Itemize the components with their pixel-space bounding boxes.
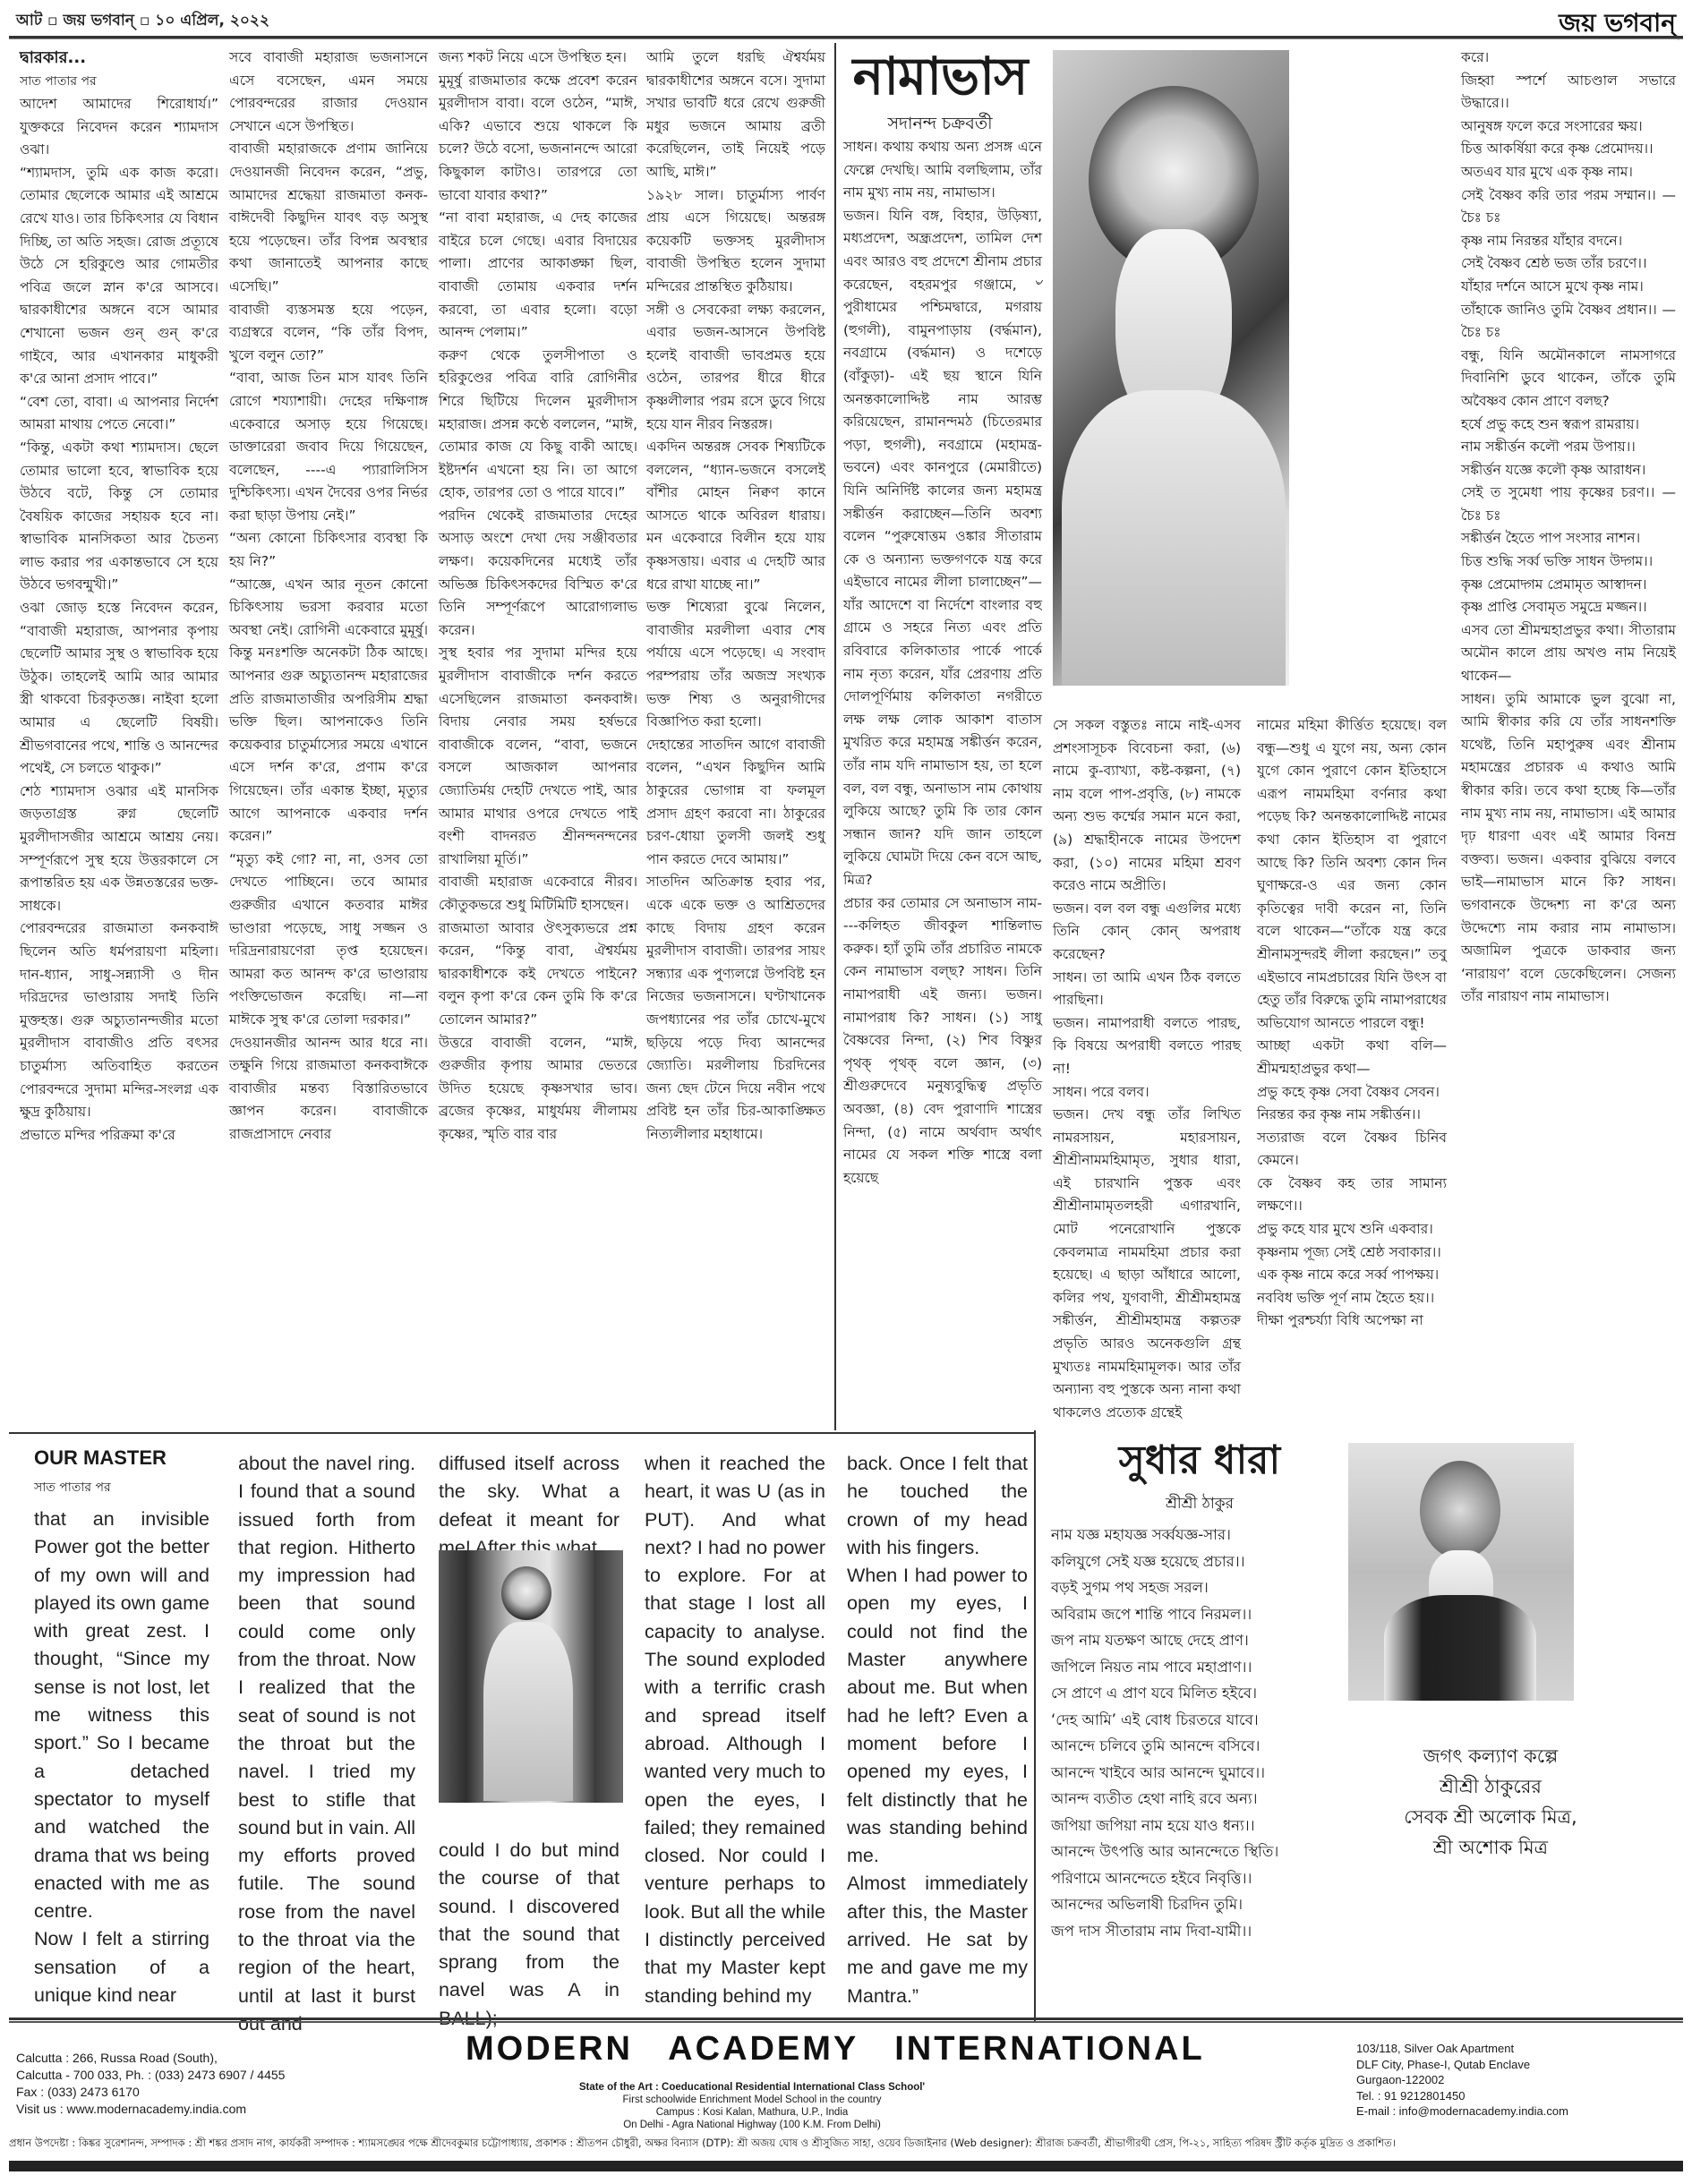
poem-line: আনন্দে চলিবে তুমি আনন্দে বসিবে। [1051,1733,1346,1760]
verse-line: নিরন্তর কর কৃষ্ণ নাম সঙ্কীর্ত্তন।। [1257,1104,1447,1127]
namabhas-column-4: করে। জিহ্বা স্পর্শে আচণ্ডাল সভারে উদ্ধার… [1461,47,1676,1009]
master-seated-photo [439,1550,623,1803]
verse-line: তাঁহাকে জানিও তুমি বৈষ্ণব প্রধান।। — চৈঃ… [1461,299,1676,345]
dwarka-kicker: দ্বারকার... [20,47,218,70]
paragraph: “বাবা, আজ তিন মাস যাবৎ তিনি রোগে শয্যাশা… [229,367,428,527]
paragraph: “শ্যামদাস, তুমি এক কাজ করো। তোমার ছেলেকে… [20,162,218,391]
paragraph: আদেশ আমাদের শিরোধার্য।” যুক্তকরে নিবেদন … [20,93,218,162]
sudhar-dhara-title: সুধার ধারা [1074,1436,1325,1486]
poem-line: আনন্দে খাইবে আর আনন্দে ঘুমাবে।। [1051,1760,1346,1787]
paragraph: মুমূর্ষু রাজমাতার কক্ষে প্রবেশ করেন মুরল… [439,70,637,208]
namabhas-title: নামাভাস [833,45,1047,107]
advert-title: MODERN ACADEMY INTERNATIONAL [466,2030,1205,2069]
namabhas-column-2: সে সকল বস্তুতঃ নামে নাই-এসব প্রশংসাসূচক … [1053,714,1241,1424]
paragraph: প্রভাতে মন্দির পরিক্রমা ক'রে [20,1124,218,1147]
dwarka-column-4: আমি তুলে ধরছি ঐশ্বর্যময় দ্বারকাধীশের অঙ… [646,47,825,1147]
verse-line: সঙ্কীর্ত্তন যজ্ঞে কলৌ কৃষ্ণ আরাধন। [1461,459,1676,482]
our-master-column-3: diffused itself across the sky. What a d… [439,1450,620,1562]
verse-line: প্রভু কহে যার মুখে শুনি একবার। [1257,1218,1447,1241]
paragraph: সাতদিন অতিক্রান্ত হবার পর, একে একে ভক্ত … [646,871,825,1146]
verse-line: যাঁহার দর্শনে আসে মুখে কৃষ্ণ নাম। [1461,276,1676,299]
thakur-portrait-photo [1348,1443,1574,1701]
paragraph: “না বাবা মহারাজ, এ দেহ কাজের বাইরে চলে গ… [439,207,637,345]
verse-line: কে বৈষ্ণব কহ তার সামান্য লক্ষণে।। [1257,1173,1447,1218]
verse-line: দীক্ষা পুরশ্চর্য্যা বিধি অপেক্ষা না [1257,1310,1447,1333]
verse-line: সেই বৈষ্ণব করি তার পরম সম্মান।। — চৈঃ চঃ [1461,184,1676,230]
verse-line: আনুষঙ্গ ফলে করে সংসারের ক্ষয়। [1461,115,1676,139]
paragraph: উত্তরে বাবাজী বলেন, “মাঈ, গুরুজীর কৃপায়… [439,1032,637,1147]
imprint-credits: প্রধান উপদেষ্টা : কিঙ্কর সুরেশানন্দ, সম্… [9,2136,1683,2153]
dwarka-column-1: দ্বারকার... সাত পাতার পর আদেশ আমাদের শির… [20,47,218,1147]
advert-address-left: Calcutta : 266, Russa Road (South), Calc… [16,2050,285,2118]
paragraph: ভজন। যিনি বঙ্গ, বিহার, উড়িষ্যা, মধ্যপ্র… [843,205,1042,892]
verse-line: কৃষ্ণ নাম নিরন্তর যাঁহার বদনে। [1461,230,1676,253]
poem-line: আনন্দের অভিলাষী চিরদিন তুমি। [1051,1891,1346,1918]
paragraph: দেওয়ানজীর আনন্দ আর ধরে না। তক্ষুনি গিয়… [229,1032,428,1147]
photo-body [483,1622,573,1801]
paragraph: বন্ধু, যিনি অমৌনকালে নামসাগরে দিবানিশি ড… [1461,345,1676,414]
paragraph: When I had power to open my eyes, I coul… [847,1562,1028,1870]
paragraph: বাবাজী মহারাজ একেবারে নীরব। কৌতুকভরে শুধ… [439,871,637,917]
address-line: DLF City, Phase-I, Qutab Enclave [1356,2057,1568,2073]
paragraph: সুস্থ হবার পর সুদামা মন্দির হয়ে মুরলীদা… [439,642,637,871]
paragraph: back. Once I felt that he touched the cr… [847,1450,1028,1562]
our-master-column-5: back. Once I felt that he touched the cr… [847,1450,1028,2010]
paragraph: দেহান্তের সাতদিন আগে বাবাজী বলেন, “এখন ক… [646,734,825,872]
column-divider [834,43,836,1430]
paragraph: আমি তুলে ধরছি ঐশ্বর্যময় দ্বারকাধীশের অঙ… [646,47,825,184]
advert-address-right: 103/118, Silver Oak Apartment DLF City, … [1356,2041,1568,2120]
tagline-line: On Delhi - Agra National Highway (100 K.… [501,2119,1003,2131]
poem-line: জপিলে নিয়ত নাম পাবে মহাপ্রাণ।। [1051,1654,1346,1681]
address-line: Fax : (033) 2473 6170 [16,2084,285,2101]
paragraph: “অন্য কোনো চিকিৎসার ব্যবস্থা কি হয় নি?” [229,527,428,573]
verse-line: প্রভু কহে কৃষ্ণ সেবা বৈষ্ণব সেবন। [1257,1081,1447,1105]
photo-head [501,1566,551,1620]
column-divider [1034,1430,1036,2021]
poem-line: নাম যজ্ঞ মহাযজ্ঞ সর্ব্বযজ্ঞ-সার। [1051,1522,1346,1548]
poem-line: ‘দেহ আমি’ এই বোধ চিরতরে যাবে। [1051,1707,1346,1734]
dedication-line: সেবক শ্রী অলোক মিত্র, [1356,1802,1625,1832]
verse-line: নববিধ ভক্তি পূর্ণ নাম হৈতে হয়।। [1257,1287,1447,1310]
verse-line: কৃষ্ণ প্রাপ্তি সেবামৃত সমুদ্রে মজ্জন।। [1461,596,1676,619]
paragraph: সঙ্গী ও সেবকেরা লক্ষ্য করলেন, এবার ভজন-আ… [646,299,825,437]
paragraph: একদিন অন্তরঙ্গ সেবক শিষ্যটিকে বললেন, “ধ্… [646,436,825,596]
poem-line: বড়ই সুগম পথ সহজ সরল। [1051,1574,1346,1601]
advert-tagline: State of the Art : Coeducational Residen… [501,2081,1003,2131]
sage-photo [1053,50,1289,686]
photo-body [1062,390,1286,686]
paragraph: when it reached the heart, it was U (as … [645,1450,825,2010]
photo-head [1420,1461,1500,1559]
verse-line: এক কৃষ্ণ নামে করে সর্ব্ব পাপক্ষয়। [1257,1264,1447,1287]
verse-line: হর্ষে প্রভু কহে শুন স্বরূপ রামরায়। [1461,414,1676,437]
paragraph: রাজমাতা আবার ঔৎসুক্যভরে প্রশ্ন করেন, “কি… [439,917,637,1032]
paragraph: বাবাজী মহারাজকে প্রণাম জানিয়ে দেওয়ানজী… [229,138,428,298]
poem-line: আনন্দে উৎপত্তি আর আনন্দেতে স্থিতি। [1051,1838,1346,1865]
section-divider [9,1432,1034,1434]
verse-line: জিহ্বা স্পর্শে আচণ্ডাল সভারে উদ্ধারে।। [1461,70,1676,115]
paragraph: ভজন। দেখ বন্ধু তাঁর লিখিত নামরসায়ন, মহা… [1053,1104,1241,1424]
tagline-line: Campus : Kosi Kalan, Mathura, U.P., Indi… [501,2106,1003,2119]
paragraph: ভক্ত শিষ্যেরা বুঝে নিলেন, বাবাজীর মরলীলা… [646,596,825,734]
folio-line: আট ▫ জয় ভগবান্ ▫ ১০ এপ্রিল, ২০২২ [16,9,269,34]
verse-line: নাম সঙ্কীর্ত্তন কলৌ পরম উপায়।। [1461,436,1676,459]
bottom-bar [9,2161,1683,2171]
paragraph: আচ্ছা একটা কথা বলি—শ্রীমন্মহাপ্রভুর কথা— [1257,1035,1447,1080]
photo-body [1384,1595,1536,1701]
poem-line: পরিণামে আনন্দেতে হইবে নিবৃত্তি।। [1051,1865,1346,1892]
dedication-line: শ্রী অশোক মিত্র [1356,1832,1625,1863]
paragraph: এসব তো শ্রীমন্মহাপ্রভুর কথা। সীতারাম অমৌ… [1461,619,1676,688]
paragraph: করুণ থেকে তুলসীপাতা ও হরিকুণ্ডের পবিত্র … [439,345,637,505]
tagline-line: First schoolwide Enrichment Model School… [501,2094,1003,2106]
paragraph: শেঠ শ্যামদাস ওঝার এই মানসিক জড়তাগ্রস্ত … [20,781,218,918]
verse-line: সত্যরাজ বলে বৈষ্ণব চিনিব কেমনে। [1257,1127,1447,1173]
poem-line: জপিয়া জপিয়া নাম হয়ে যাও ধন্য।। [1051,1813,1346,1839]
poem-line: অবিরাম জপে শান্তি পাবে নিরমল।। [1051,1601,1346,1628]
verse-line: কৃষ্ণনাম পূজ্য সেই শ্রেষ্ঠ সবাকার।। [1257,1241,1447,1265]
dedication-line: জগৎ কল্যাণ কল্পে [1356,1741,1625,1771]
paragraph: diffused itself across the sky. What a d… [439,1450,620,1562]
paragraph: সাধন। তুমি আমাকে ভুল বুঝো না, আমি স্বীকা… [1461,688,1676,1009]
paragraph: about the navel ring. I found that a sou… [238,1450,415,2038]
sudhar-dhara-author: শ্রীশ্রী ঠাকুর [1074,1492,1325,1517]
footer-rule [9,2018,1683,2023]
paragraph: ভজন। বল বল বন্ধু এগুলির মধ্যে তিনি কোন্ … [1053,898,1241,967]
our-master-column-2: about the navel ring. I found that a sou… [238,1450,415,2038]
paragraph: সাধন। তা আমি এখন ঠিক বলতে পারছিনা। [1053,967,1241,1012]
address-line: Calcutta - 700 033, Ph. : (033) 2473 690… [16,2067,285,2084]
verse-line: করে। [1461,47,1676,70]
continued-note: সাত পাতার পর [34,1477,111,1498]
address-line: 103/118, Silver Oak Apartment [1356,2041,1568,2057]
paragraph: Almost immediately after this, the Maste… [847,1870,1028,2009]
paragraph: that an invisible Power got the better o… [34,1506,209,1925]
verse-line: চিত্ত শুদ্ধি সর্ব্ব ভক্তি সাধন উদ্গম।। [1461,550,1676,574]
verse-line: সঙ্কীর্ত্তন হৈতে পাপ সংসার নাশন। [1461,527,1676,550]
paragraph: “আজ্ঞে, এখন আর নূতন কোনো চিকিৎসায় ভরসা … [229,574,428,849]
email-link[interactable]: E-mail : info@modernacademy.india.com [1356,2103,1568,2120]
paragraph: বাবাজী ব্যস্তসমস্ত হয়ে পড়েন, ব্যগ্রস্ব… [229,299,428,368]
dedication-block: জগৎ কল্যাণ কল্পে শ্রীশ্রী ঠাকুরের সেবক শ… [1356,1741,1625,1863]
paragraph: ওঝা জোড় হস্তে নিবেদন করেন, “বাবাজী মহার… [20,597,218,781]
paragraph: “মৃত্যু কই গো? না, না, ওসব তো দেখতে পাচ্… [229,849,428,1032]
our-master-title: OUR MASTER [34,1446,167,1470]
paragraph: প্রচার কর তোমার সে অনাভাস নাম----কলিহত জ… [843,892,1042,1190]
paragraph: সাধন। কথায় কথায় অন্য প্রসঙ্গ এনে ফেল্ল… [843,136,1042,205]
sudhar-dhara-poem: নাম যজ্ঞ মহাযজ্ঞ সর্ব্বযজ্ঞ-সার। কলিযুগে… [1051,1522,1346,1944]
our-master-column-3-continued: could I do but mind the course of that s… [439,1837,620,2033]
verse-line: চিত্ত আকর্ষিয়া করে কৃষ্ণ প্রেমোদয়।। [1461,138,1676,161]
poem-line: জপ দাস সীতারাম নাম দিবা-যামী।। [1051,1918,1346,1945]
paragraph: জন্য শকট নিয়ে এসে উপস্থিত হন। [439,47,637,70]
tagline-line: State of the Art : Coeducational Residen… [501,2081,1003,2094]
continued-note: সাত পাতার পর [20,70,218,93]
dedication-line: শ্রীশ্রী ঠাকুরের [1356,1771,1625,1802]
address-line: Calcutta : 266, Russa Road (South), [16,2050,285,2067]
phone-line: Tel. : 91 9212801450 [1356,2088,1568,2104]
header-rule [9,36,1683,39]
our-master-column-1: that an invisible Power got the better o… [34,1506,209,2009]
paragraph: সে সকল বস্তুতঃ নামে নাই-এসব প্রশংসাসূচক … [1053,714,1241,898]
verse-line: অতএব যার মুখে এক কৃষ্ণ নাম। [1461,161,1676,184]
poem-line: জপ নাম যতক্ষণ আছে দেহে প্রাণ। [1051,1627,1346,1654]
paragraph: সবে বাবাজী মহারাজ ভজনাসনে এসে বসেছেন, এম… [229,47,428,138]
paragraph: ১৯২৮ সাল। চাতুর্মাস্য পার্বণ প্রায় এসে … [646,184,825,299]
our-master-column-4: when it reached the heart, it was U (as … [645,1450,825,2010]
paragraph: could I do but mind the course of that s… [439,1837,620,2033]
paragraph: পরদিন থেকেই রাজমাতার দেহের অসাড় অংশে দে… [439,505,637,643]
website-link[interactable]: Visit us : www.modernacademy.india.com [16,2101,285,2118]
verse-line: কৃষ্ণ প্রেমোদ্গম প্রেমামৃত আস্বাদন। [1461,574,1676,597]
paragraph: “বেশ তো, বাবা। এ আপনার নির্দেশ আমরা মাথা… [20,391,218,437]
paragraph: “কিন্তু, একটা কথা শ্যামদাস। ছেলে তোমার ভ… [20,437,218,597]
paragraph: নামের মহিমা কীর্ত্তিত হয়েছে। বল বন্ধু—শ… [1257,714,1447,1035]
poem-line: আনন্দ ব্যতীত হেথা নাহি রবে অন্য। [1051,1786,1346,1813]
paragraph: পোরবন্দরের রাজমাতা কনকবাঈ ছিলেন অতি ধর্ম… [20,917,218,1123]
namabhas-byline: সদানন্দ চক্রবর্তী [833,112,1047,135]
verse-line: সেই বৈষ্ণব শ্রেষ্ঠ ভজ তাঁর চরণে।। [1461,252,1676,276]
namabhas-column-1: সাধন। কথায় কথায় অন্য প্রসঙ্গ এনে ফেল্ল… [843,136,1042,1190]
namabhas-column-3: নামের মহিমা কীর্ত্তিত হয়েছে। বল বন্ধু—শ… [1257,714,1447,1333]
paragraph: সাধন। পরে বলব। [1053,1081,1241,1105]
verse-line: সেই ত সুমেধা পায় কৃষ্ণের চরণ।। — চৈঃ চঃ [1461,482,1676,527]
poem-line: সে প্রাণে এ প্রাণ যবে মিলিত হইবে। [1051,1680,1346,1707]
paragraph: ভজন। নামাপরাধী বলতে পারছ, কি বিষয়ে অপরা… [1053,1012,1241,1081]
dwarka-column-3: জন্য শকট নিয়ে এসে উপস্থিত হন। মুমূর্ষু … [439,47,637,1147]
paragraph: Now I felt a stirring sensation of a uni… [34,1925,209,2009]
dwarka-column-2: সবে বাবাজী মহারাজ ভজনাসনে এসে বসেছেন, এম… [229,47,428,1147]
poem-line: কলিযুগে সেই যজ্ঞ হয়েছে প্রচার।। [1051,1548,1346,1575]
address-line: Gurgaon-122002 [1356,2072,1568,2088]
